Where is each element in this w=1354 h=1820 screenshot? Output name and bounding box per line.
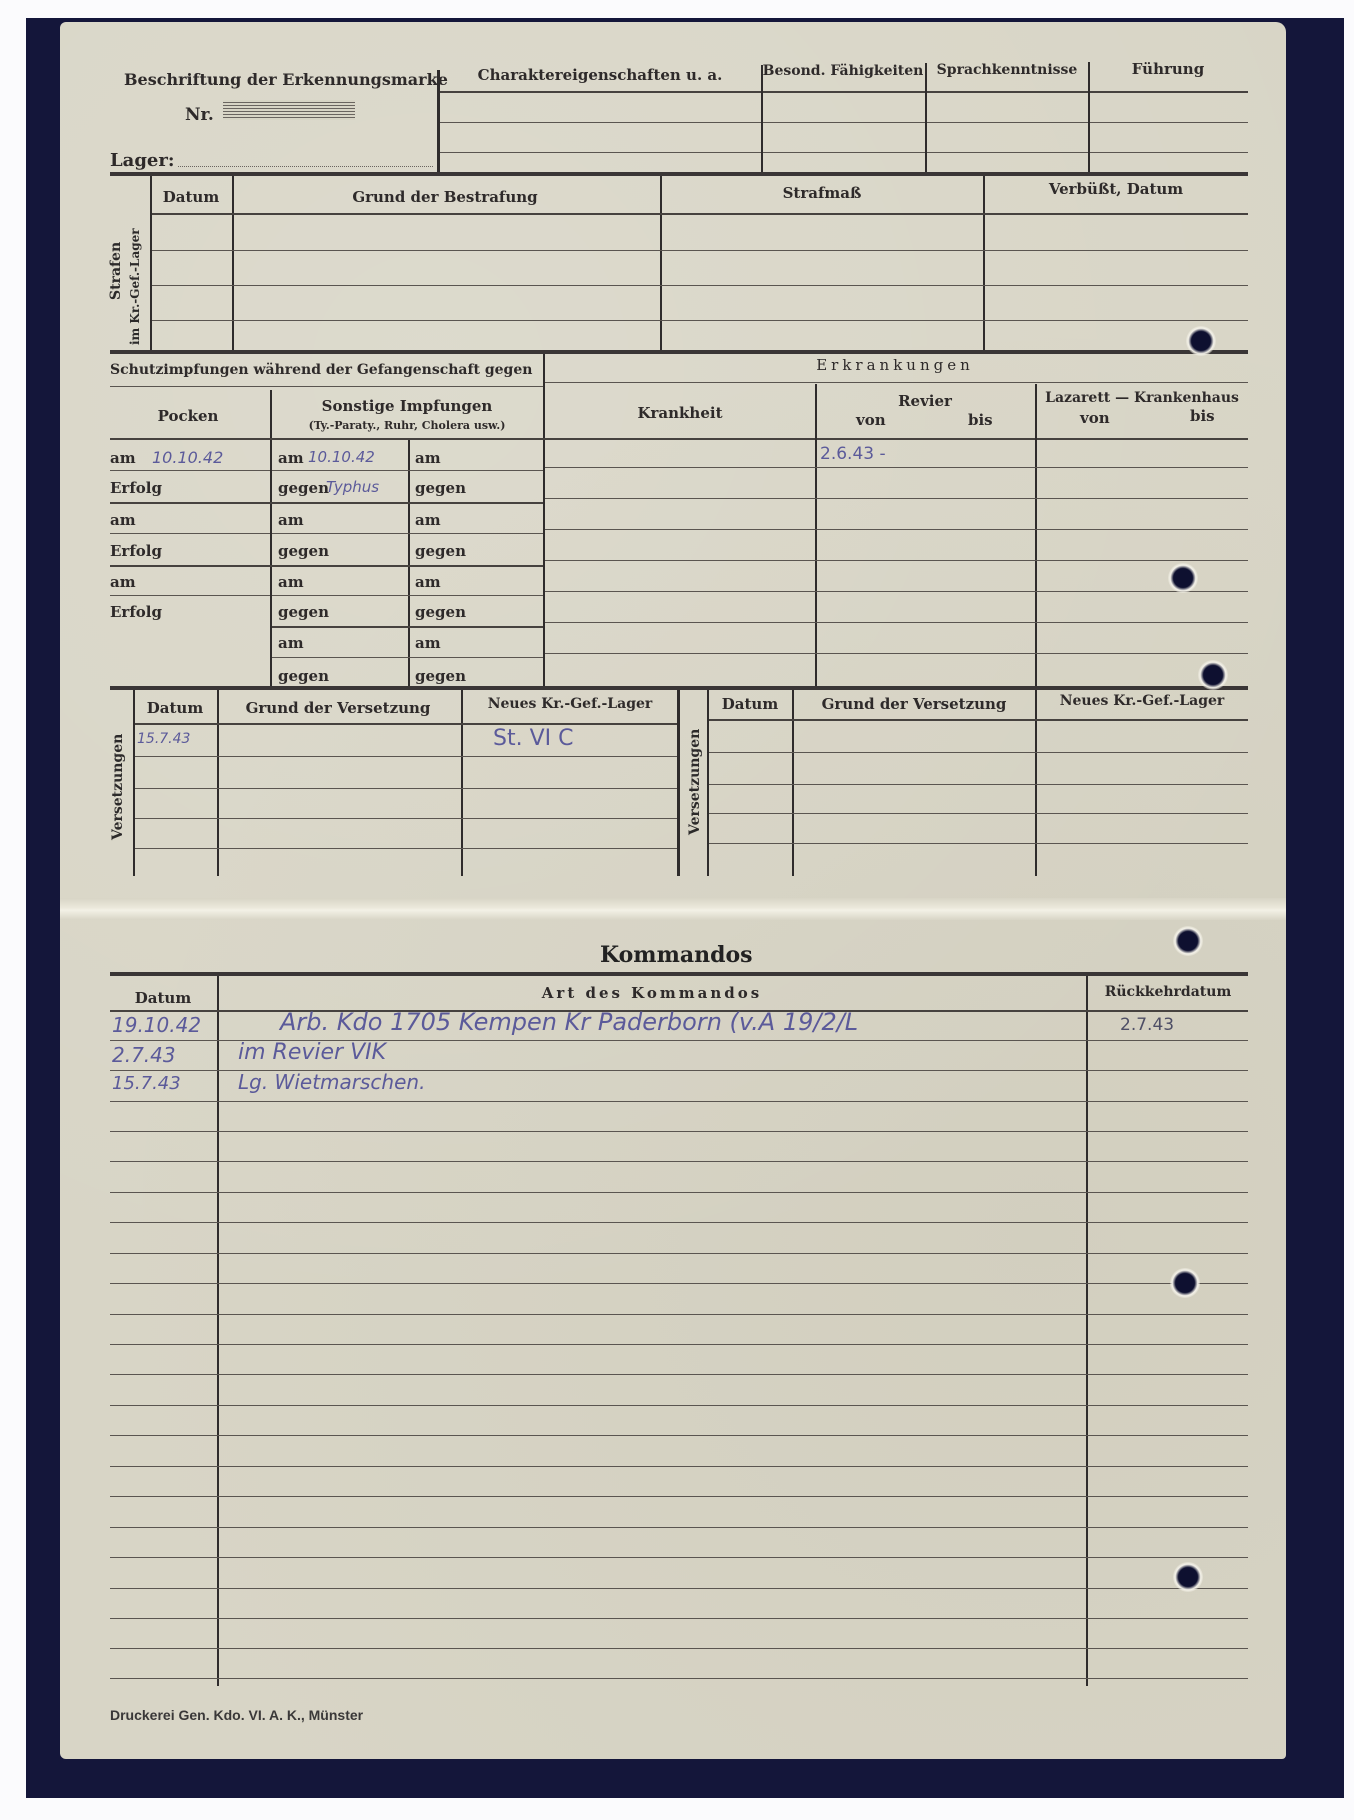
rule: [545, 591, 1248, 592]
rule: [440, 122, 1248, 123]
divider: [408, 440, 410, 688]
rule: [440, 152, 1248, 153]
rule: [272, 657, 543, 658]
rule: [110, 1588, 1248, 1589]
divider: [707, 690, 709, 876]
punch-hole: [1186, 326, 1216, 356]
rule: [709, 752, 1248, 753]
divider: [270, 390, 272, 688]
divider: [792, 690, 794, 876]
col-charaktereigenschaften: Charaktereigenschaften u. a.: [478, 66, 723, 84]
kommando-col-datum: Datum: [135, 989, 191, 1007]
rule: [110, 1405, 1248, 1406]
kommando-col-rueckkehr: Rückkehrdatum: [1105, 984, 1232, 1000]
rule: [110, 972, 1248, 976]
sonstige-row-label: gegen: [415, 542, 466, 560]
lager-field[interactable]: [178, 166, 433, 167]
rule: [110, 1161, 1248, 1162]
rule: [110, 1283, 1248, 1284]
divider: [815, 384, 817, 688]
col-datum: Datum: [163, 188, 219, 206]
strafen-side-label-2: im Kr.-Gef.-Lager: [128, 228, 142, 345]
punch-hole: [1173, 926, 1203, 956]
revier-bis-label: bis: [968, 411, 993, 429]
krankheit-label: Krankheit: [637, 404, 722, 422]
rule: [110, 470, 270, 471]
rule: [152, 213, 1248, 215]
col-strafmass: Strafmaß: [783, 184, 862, 202]
nr-field[interactable]: [223, 100, 355, 120]
divider: [232, 176, 234, 352]
versetzung-col-grund-right: Grund der Versetzung: [822, 695, 1007, 713]
punch-hole: [1173, 1562, 1203, 1592]
rule: [545, 653, 1248, 654]
rule: [272, 533, 543, 534]
kommando-col-art: Art des Kommandos: [542, 984, 762, 1002]
sonstige-row-label: am: [415, 573, 441, 591]
versetzung-col-lager-right: Neues Kr.-Gef.-Lager: [1060, 693, 1225, 709]
divider: [543, 354, 545, 688]
rule: [135, 756, 677, 757]
sonstige-row-label: am: [415, 511, 441, 529]
lazarett-bis-label: bis: [1190, 407, 1215, 425]
rule: [110, 1253, 1248, 1254]
divider: [761, 65, 763, 172]
punch-hole: [1168, 563, 1198, 593]
rule: [110, 1222, 1248, 1223]
divider: [1035, 690, 1037, 876]
divider: [1086, 976, 1088, 1686]
rule: [110, 1314, 1248, 1315]
rule: [110, 1496, 1248, 1497]
rule: [709, 843, 1248, 844]
rule: [110, 1374, 1248, 1375]
pocken-row-label: Erfolg: [110, 603, 162, 621]
rule: [110, 533, 270, 534]
sonstige-row-label: gegen: [415, 603, 466, 621]
divider: [1035, 384, 1037, 688]
rule: [110, 565, 543, 567]
sonstige-row-label: gegen: [278, 667, 329, 685]
rule: [152, 320, 1248, 321]
divider: [925, 63, 927, 172]
divider: [150, 176, 152, 352]
rule: [545, 622, 1248, 623]
sonstige-row-label: am: [278, 634, 304, 652]
kommando-datum[interactable]: 2.7.43: [112, 1043, 176, 1067]
rule: [110, 1557, 1248, 1558]
revier-von-value[interactable]: 2.6.43 -: [820, 444, 886, 464]
sonstige-row-label: gegen: [278, 603, 329, 621]
rule: [110, 1435, 1248, 1436]
versetzung-lager-value[interactable]: St. VI C: [493, 726, 573, 751]
col-grund-bestrafung: Grund der Bestrafung: [352, 188, 537, 206]
sonstige-row-label: am: [278, 449, 304, 467]
rule: [110, 1131, 1248, 1132]
rule: [135, 848, 677, 849]
rule: [545, 529, 1248, 530]
lager-label: Lager:: [110, 150, 175, 171]
pocken-row-label: am: [110, 511, 136, 529]
lazarett-label: Lazarett — Krankenhaus: [1045, 390, 1239, 406]
sonstige-row-label: am: [278, 573, 304, 591]
versetzung-col-datum-right: Datum: [722, 695, 778, 713]
rule: [545, 382, 1248, 383]
rule: [110, 386, 543, 387]
sonstige-row-label: gegen: [278, 542, 329, 560]
rule: [440, 91, 1248, 93]
rule: [110, 1466, 1248, 1467]
pocken-row-label: Erfolg: [110, 542, 162, 560]
divider: [677, 690, 680, 876]
rule: [110, 1101, 1248, 1102]
impfungen-title: Schutzimpfungen während der Gefangenscha…: [110, 362, 532, 378]
pocken-label: Pocken: [158, 407, 219, 425]
sonstige-row-label: am: [278, 511, 304, 529]
lazarett-von-label: von: [1080, 409, 1110, 427]
rule: [110, 1344, 1248, 1345]
rule: [709, 719, 1248, 721]
sonstige-row-label: gegen: [415, 667, 466, 685]
rule: [272, 470, 543, 471]
rule: [272, 595, 543, 596]
versetzung-col-datum: Datum: [147, 699, 203, 717]
punch-hole: [1170, 1268, 1200, 1298]
rule: [110, 595, 270, 596]
printer-imprint: Druckerei Gen. Kdo. VI. A. K., Münster: [110, 1707, 363, 1723]
rule: [110, 438, 1248, 440]
rule: [709, 784, 1248, 785]
rule: [545, 560, 1248, 561]
kommando-rueckkehr[interactable]: 2.7.43: [1120, 1015, 1174, 1035]
pocken-row-label: Erfolg: [110, 479, 162, 497]
divider: [983, 176, 985, 352]
erkrankungen-title: Erkrankungen: [816, 356, 974, 374]
revier-von-label: von: [856, 411, 886, 429]
pocken-row-label: am: [110, 449, 136, 467]
versetzung-datum-value[interactable]: 15.7.43: [137, 731, 190, 747]
col-fuehrung: Führung: [1132, 60, 1204, 78]
nr-label: Nr.: [185, 105, 214, 125]
divider: [660, 176, 662, 352]
pocken-row-label: am: [110, 573, 136, 591]
rule: [152, 250, 1248, 251]
sonstige-row-label: gegen: [278, 479, 329, 497]
rule: [272, 626, 543, 628]
rule: [110, 1678, 1248, 1679]
rule: [110, 172, 1248, 176]
sonstige-row-label: am: [415, 634, 441, 652]
sonstige-label: Sonstige Impfungen: [322, 397, 493, 415]
col-verbuesst: Verbüßt, Datum: [1049, 180, 1183, 198]
divider: [217, 976, 219, 1686]
rule: [545, 498, 1248, 499]
versetzungen-side-label-left: Versetzungen: [110, 734, 126, 840]
rule: [110, 502, 543, 504]
kommando-datum[interactable]: 15.7.43: [112, 1073, 181, 1094]
versetzungen-side-label-right: Versetzungen: [687, 729, 703, 835]
sonstige-sublabel: (Ty.-Paraty., Ruhr, Cholera usw.): [309, 419, 506, 432]
divider: [1088, 62, 1090, 172]
sonstige-am-value[interactable]: 10.10.42: [308, 448, 375, 466]
rule: [110, 1618, 1248, 1619]
rule: [152, 285, 1248, 286]
col-sprachkenntnisse: Sprachkenntnisse: [937, 62, 1078, 78]
col-faehigkeiten: Besond. Fähigkeiten: [763, 63, 924, 79]
strafen-side-label: Strafen: [108, 242, 124, 300]
kommando-art[interactable]: Lg. Wietmarschen.: [238, 1070, 425, 1094]
kommando-art[interactable]: Arb. Kdo 1705 Kempen Kr Paderborn (v.A 1…: [280, 1008, 858, 1036]
fold-crease: [60, 898, 1286, 920]
punch-hole: [1198, 660, 1228, 690]
kommando-art[interactable]: im Revier VIK: [238, 1040, 386, 1065]
sonstige-gegen-value[interactable]: Typhus: [326, 478, 379, 496]
document-page: [60, 22, 1286, 1759]
rule: [135, 818, 677, 819]
kommandos-title: Kommandos: [600, 942, 753, 968]
rule: [110, 1527, 1248, 1528]
rule: [135, 723, 677, 725]
sonstige-row-label: gegen: [415, 479, 466, 497]
kommando-datum[interactable]: 19.10.42: [112, 1013, 201, 1037]
rule: [545, 467, 1248, 468]
rule: [709, 813, 1248, 814]
revier-label: Revier: [898, 392, 952, 410]
pocken-am-value[interactable]: 10.10.42: [152, 448, 223, 467]
rule: [110, 350, 1248, 354]
erkennungsmarke-label: Beschriftung der Erkennungsmarke: [124, 70, 448, 89]
rule: [110, 1648, 1248, 1649]
versetzung-col-grund: Grund der Versetzung: [246, 699, 431, 717]
versetzung-col-lager: Neues Kr.-Gef.-Lager: [488, 696, 653, 712]
rule: [110, 1192, 1248, 1193]
sonstige-row-label: am: [415, 449, 441, 467]
rule: [135, 788, 677, 789]
